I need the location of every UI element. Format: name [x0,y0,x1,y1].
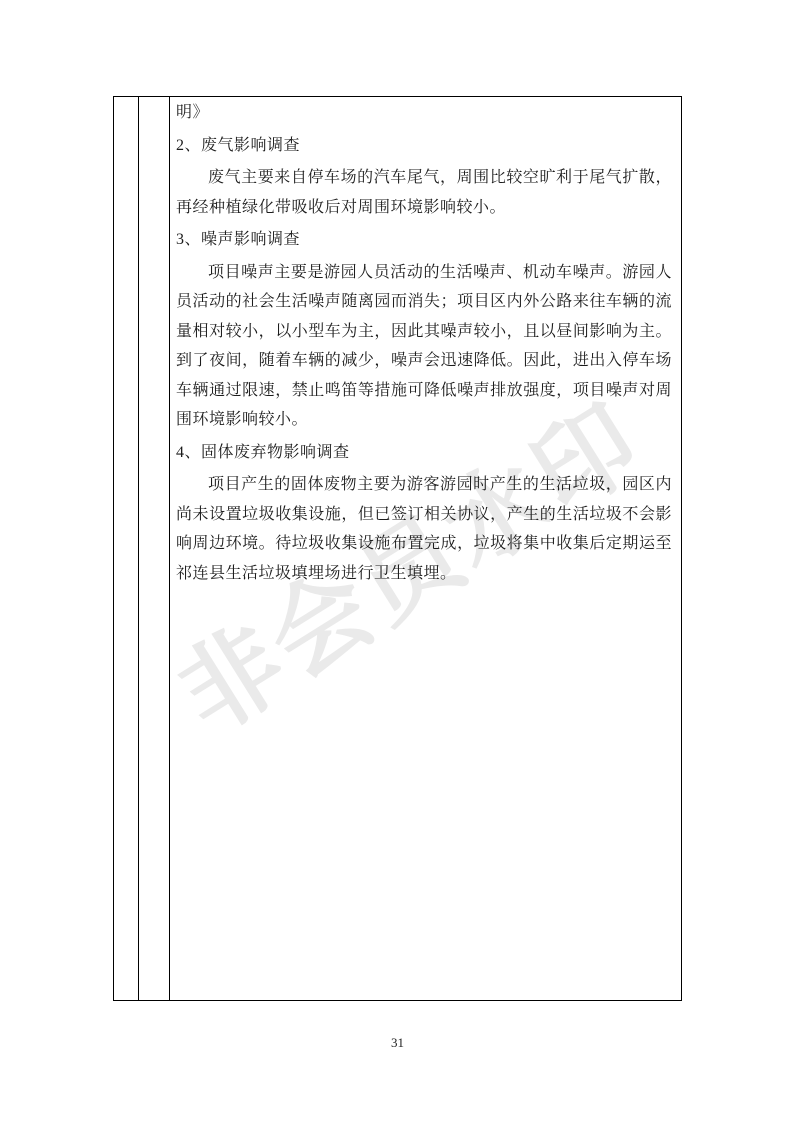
report-table: 明》2、废气影响调查废气主要来自停车场的汽车尾气，周围比较空旷利于尾气扩散，再经… [113,96,682,1001]
paragraph: 项目产生的固体废物主要为游客游园时产生的生活垃圾，园区内尚未设置垃圾收集设施，但… [176,470,672,588]
section-heading: 4、固体废弃物影响调查 [176,438,672,468]
section-heading: 2、废气影响调查 [176,131,672,161]
paragraph: 项目噪声主要是游园人员活动的生活噪声、机动车噪声。游园人员活动的社会生活噪声随离… [176,258,672,435]
table-cell-label-inner [139,97,170,1000]
document-page: 非会员水印 明》2、废气影响调查废气主要来自停车场的汽车尾气，周围比较空旷利于尾… [0,0,793,1122]
table-cell-label-outer [114,97,139,1000]
paragraph: 废气主要来自停车场的汽车尾气，周围比较空旷利于尾气扩散，再经种植绿化带吸收后对周… [176,163,672,222]
paragraph: 明》 [176,98,672,128]
page-number: 31 [113,1035,682,1051]
section-heading: 3、噪声影响调查 [176,225,672,255]
content-cell: 明》2、废气影响调查废气主要来自停车场的汽车尾气，周围比较空旷利于尾气扩散，再经… [170,97,681,1000]
